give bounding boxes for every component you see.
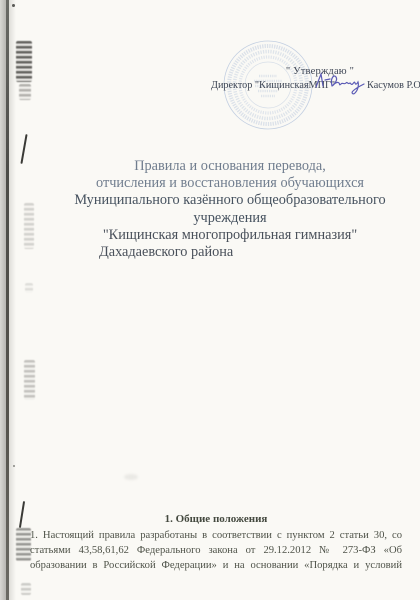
paragraph-line: статьями 43,58,61,62 Федерального закона… bbox=[30, 543, 402, 558]
ink-dot bbox=[12, 4, 15, 7]
title-line: Дахадаевского района bbox=[35, 244, 420, 261]
title-line: отчисления и восстановления обучающихся bbox=[35, 175, 420, 192]
ink-smudge bbox=[24, 203, 34, 249]
ink-dot bbox=[13, 465, 15, 467]
title-line: Муниципального казённого общеобразовател… bbox=[35, 192, 420, 209]
scan-edge-shadow bbox=[9, 0, 16, 600]
scanned-document-page: " Утверждаю " Директор "КищинскаяМПГ"Кас… bbox=[0, 0, 420, 600]
handwritten-signature-icon bbox=[314, 71, 366, 102]
paragraph-line: образовании в Российской Федерации» и на… bbox=[30, 558, 402, 573]
document-title: Правила и основания перевода, отчисления… bbox=[35, 158, 420, 261]
paragraph-line: 1. Настоящий правила разработаны в соотв… bbox=[30, 528, 402, 543]
pen-stroke bbox=[20, 134, 27, 164]
title-line: учреждения bbox=[35, 210, 420, 227]
faint-mark bbox=[124, 474, 138, 480]
general-provisions-section: 1. Общие положения 1. Настоящий правила … bbox=[30, 512, 402, 573]
pen-stroke bbox=[19, 501, 25, 528]
ink-smudge bbox=[19, 84, 31, 100]
title-line: Правила и основания перевода, bbox=[35, 158, 420, 175]
title-line: "Кищинская многопрофильная гимназия" bbox=[35, 227, 420, 244]
ink-smudge bbox=[21, 583, 31, 595]
ink-smudge bbox=[24, 360, 35, 400]
director-name: Касумов Р.О. bbox=[367, 80, 420, 91]
ink-smudge bbox=[16, 528, 31, 561]
ink-smudge bbox=[16, 41, 32, 82]
section-heading: 1. Общие положения bbox=[30, 512, 402, 527]
ink-smudge bbox=[25, 283, 33, 293]
